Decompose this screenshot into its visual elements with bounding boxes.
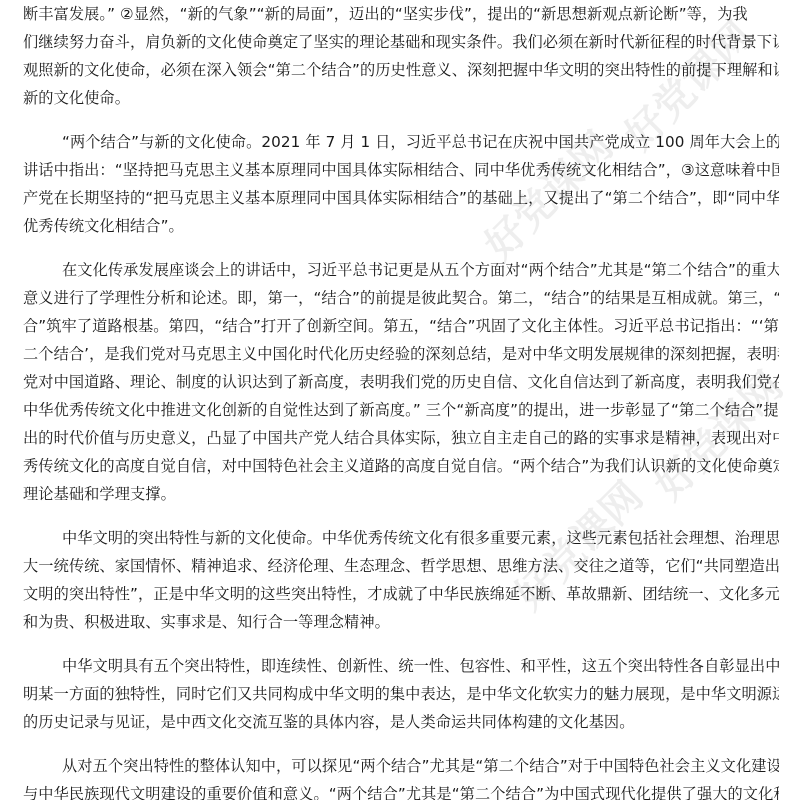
text-line: 观照新的文化使命，必须在深入领会“第二个结合”的历史性意义、深刻把握中华文明的突…: [23, 56, 779, 84]
text-line: 们继续努力奋斗，肩负新的文化使命奠定了坚实的理论基础和现实条件。我们必须在新时代…: [23, 28, 779, 56]
text-line: 与中华民族现代文明建设的重要价值和意义。“两个结合”尤其是“第二个结合”为中国式…: [23, 780, 779, 800]
paragraph-gap: [23, 736, 779, 752]
text-line: 明某一方面的独特性，同时它们又共同构成中华文明的集中表达，是中华文化软实力的魅力…: [23, 680, 779, 708]
text-line: 断丰富发展。” ②显然，“新的气象”“新的局面”，迈出的“坚实步伐”，提出的“新…: [23, 0, 779, 28]
text-line: 意义进行了学理性分析和论述。即，第一，“结合”的前提是彼此契合。第二，“结合”的…: [23, 284, 779, 312]
text-line: 和为贵、积极进取、实事求是、知行合一等理念精神。: [23, 608, 779, 636]
text-line: 从对五个突出特性的整体认知中，可以探见“两个结合”尤其是“第二个结合”对于中国特…: [23, 752, 779, 780]
text-line: 的历史记录与见证，是中西文化交流互鉴的具体内容，是人类命运共同体构建的文化基因。: [23, 708, 779, 736]
paragraph-gap: [23, 508, 779, 524]
text-line: 中华优秀传统文化中推进文化创新的自觉性达到了新高度。” 三个“新高度”的提出，进…: [23, 396, 779, 424]
text-line: 中华文明具有五个突出特性，即连续性、创新性、统一性、包容性、和平性，这五个突出特…: [23, 652, 779, 680]
paragraph: 在文化传承发展座谈会上的讲话中，习近平总书记更是从五个方面对“两个结合”尤其是“…: [23, 256, 779, 508]
text-line: 大一统传统、家国情怀、精神追求、经济伦理、生态理念、哲学思想、思维方法、交往之道…: [23, 552, 779, 580]
text-line: 出的时代价值与历史意义，凸显了中国共产党人结合具体实际，独立自主走自己的路的实事…: [23, 424, 779, 452]
paragraph-gap: [23, 112, 779, 128]
document-body: 断丰富发展。” ②显然，“新的气象”“新的局面”，迈出的“坚实步伐”，提出的“新…: [23, 0, 779, 800]
paragraph: 从对五个突出特性的整体认知中，可以探见“两个结合”尤其是“第二个结合”对于中国特…: [23, 752, 779, 800]
text-line: “两个结合”与新的文化使命。2021 年 7 月 1 日，习近平总书记在庆祝中国…: [23, 128, 779, 156]
paragraph-gap: [23, 636, 779, 652]
text-line: 秀传统文化的高度自觉自信，对中国特色社会主义道路的高度自觉自信。“两个结合”为我…: [23, 452, 779, 480]
paragraph: 中华文明的突出特性与新的文化使命。中华优秀传统文化有很多重要元素，这些元素包括社…: [23, 524, 779, 636]
text-line: 二个结合’，是我们党对马克思主义中国化时代化历史经验的深刻总结，是对中华文明发展…: [23, 340, 779, 368]
text-line: 优秀传统文化相结合”。: [23, 212, 779, 240]
text-line: 新的文化使命。: [23, 84, 779, 112]
paragraph-gap: [23, 240, 779, 256]
paragraph: 中华文明具有五个突出特性，即连续性、创新性、统一性、包容性、和平性，这五个突出特…: [23, 652, 779, 736]
text-line: 合”筑牢了道路根基。第四，“结合”打开了创新空间。第五，“结合”巩固了文化主体性…: [23, 312, 779, 340]
paragraph: “两个结合”与新的文化使命。2021 年 7 月 1 日，习近平总书记在庆祝中国…: [23, 128, 779, 240]
text-line: 讲话中指出：“坚持把马克思主义基本原理同中国具体实际相结合、同中华优秀传统文化相…: [23, 156, 779, 184]
text-line: 中华文明的突出特性与新的文化使命。中华优秀传统文化有很多重要元素，这些元素包括社…: [23, 524, 779, 552]
paragraph: 断丰富发展。” ②显然，“新的气象”“新的局面”，迈出的“坚实步伐”，提出的“新…: [23, 0, 779, 112]
text-line: 产党在长期坚持的“把马克思主义基本原理同中国具体实际相结合”的基础上，又提出了“…: [23, 184, 779, 212]
text-line: 党对中国道路、理论、制度的认识达到了新高度，表明我们党的历史自信、文化自信达到了…: [23, 368, 779, 396]
text-line: 文明的突出特性”，正是中华文明的这些突出特性，才成就了中华民族绵延不断、革故鼎新…: [23, 580, 779, 608]
text-line: 理论基础和学理支撑。: [23, 480, 779, 508]
text-line: 在文化传承发展座谈会上的讲话中，习近平总书记更是从五个方面对“两个结合”尤其是“…: [23, 256, 779, 284]
